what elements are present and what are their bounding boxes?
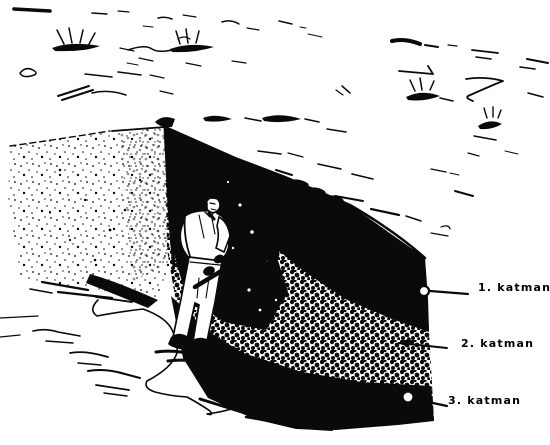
layer-1-label: 1. katman	[478, 281, 550, 294]
figure-head	[206, 198, 220, 213]
layer-3-label: 3. katman	[448, 394, 521, 407]
figure-canvas: 1. katman 2. katman 3. katman	[0, 0, 550, 445]
excavation-drawing	[0, 0, 550, 445]
layer-2-label: 2. katman	[461, 337, 534, 350]
